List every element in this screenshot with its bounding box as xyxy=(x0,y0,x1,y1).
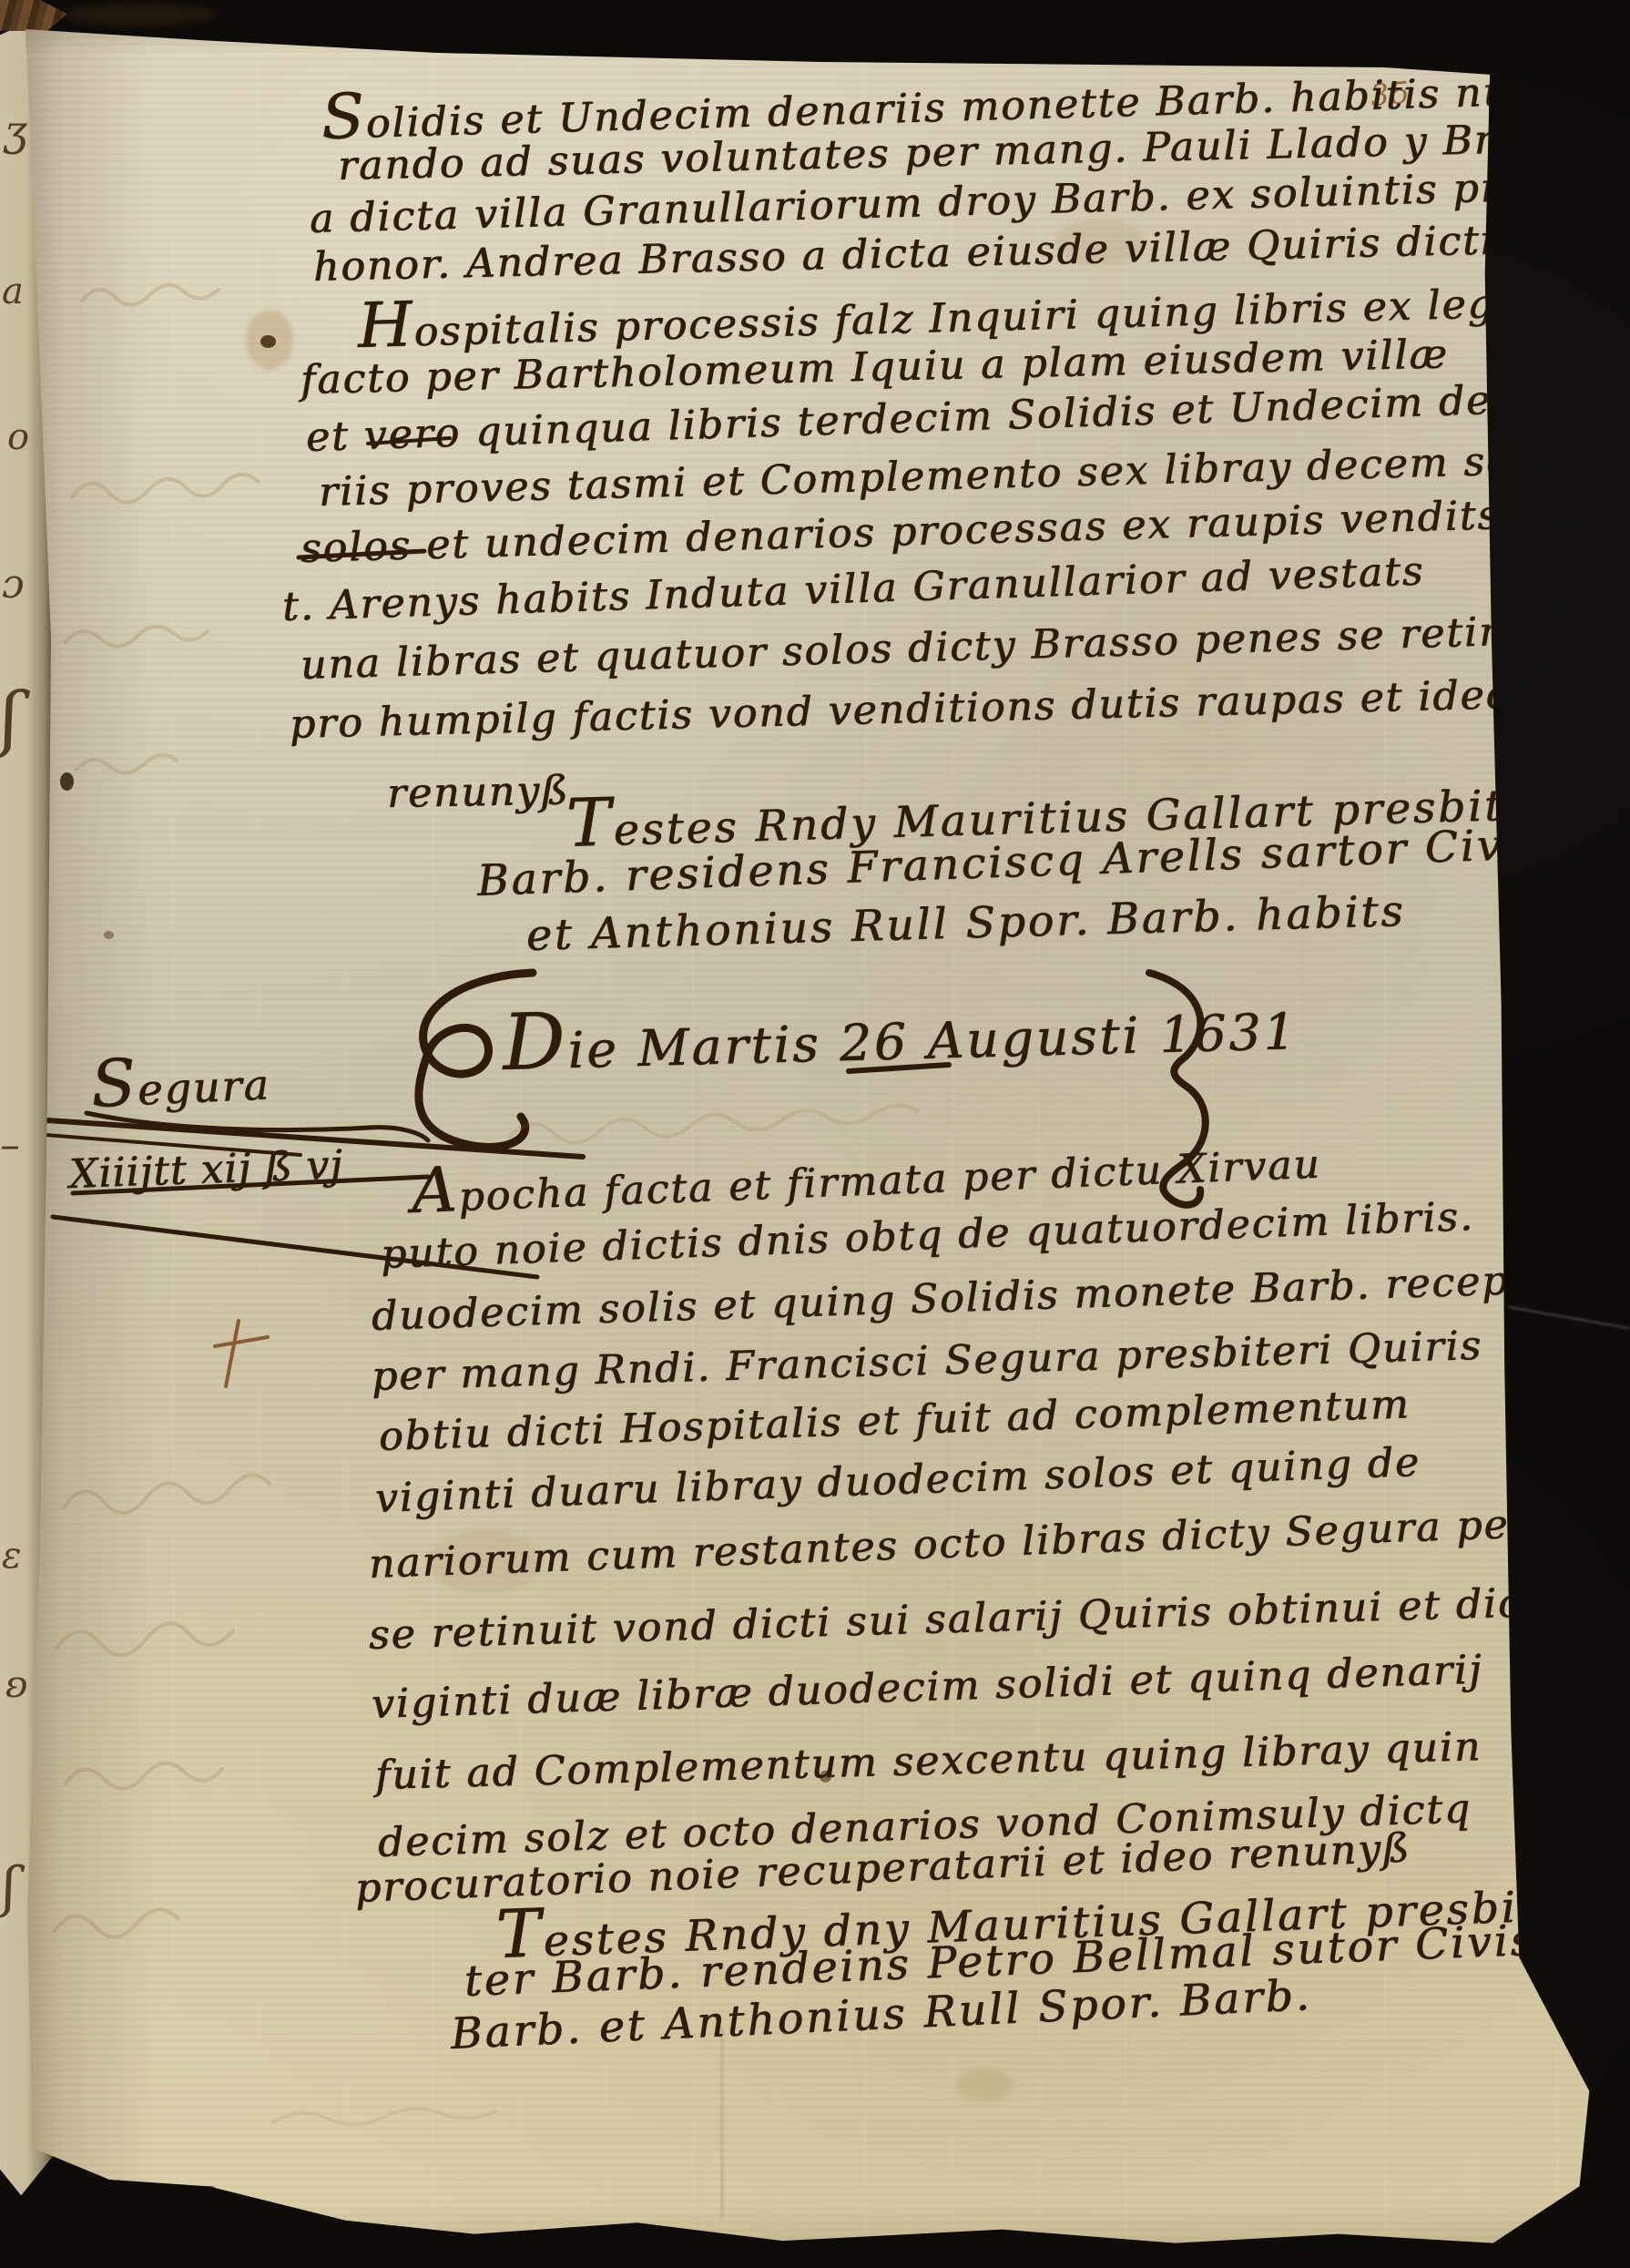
word-strike xyxy=(368,438,450,444)
margin-rule-upper2 xyxy=(46,1135,301,1155)
pen-flourishes xyxy=(0,0,1630,2268)
amount-strike xyxy=(73,1177,428,1193)
edge-ink-mark: ɔ xyxy=(2,565,25,605)
edge-ink-mark: a xyxy=(2,273,24,310)
margin-rule-lower xyxy=(53,1217,537,1277)
word-strike xyxy=(299,551,424,557)
date-right-flourish xyxy=(1149,973,1206,1205)
background-crack xyxy=(1508,1305,1629,1329)
edge-ink-mark: ʃ xyxy=(2,1860,16,1915)
edge-ink-mark: o xyxy=(7,419,29,455)
year-underline xyxy=(849,1065,949,1071)
date-left-flourish xyxy=(419,973,533,1147)
margin-cross-icon xyxy=(215,1321,268,1386)
manuscript-photo: ʒ a o ɔ ʃ – ɛ ʚ ʃ 35 Solidis et Undecim … xyxy=(0,0,1630,2268)
spine-shadow xyxy=(64,4,219,26)
edge-ink-mark: ʒ xyxy=(4,109,27,151)
bleedthrough-marks xyxy=(55,285,918,2125)
edge-ink-mark: ʃ xyxy=(0,683,19,754)
manuscript-page: 35 Solidis et Undecim denariis monette B… xyxy=(0,0,1630,2268)
edge-ink-mark: ʚ xyxy=(5,1667,28,1703)
margin-rule-upper xyxy=(47,1120,583,1157)
edge-ink-mark: ɛ xyxy=(2,1538,21,1574)
spine-headband xyxy=(0,0,67,31)
edge-ink-mark: – xyxy=(0,1126,20,1166)
